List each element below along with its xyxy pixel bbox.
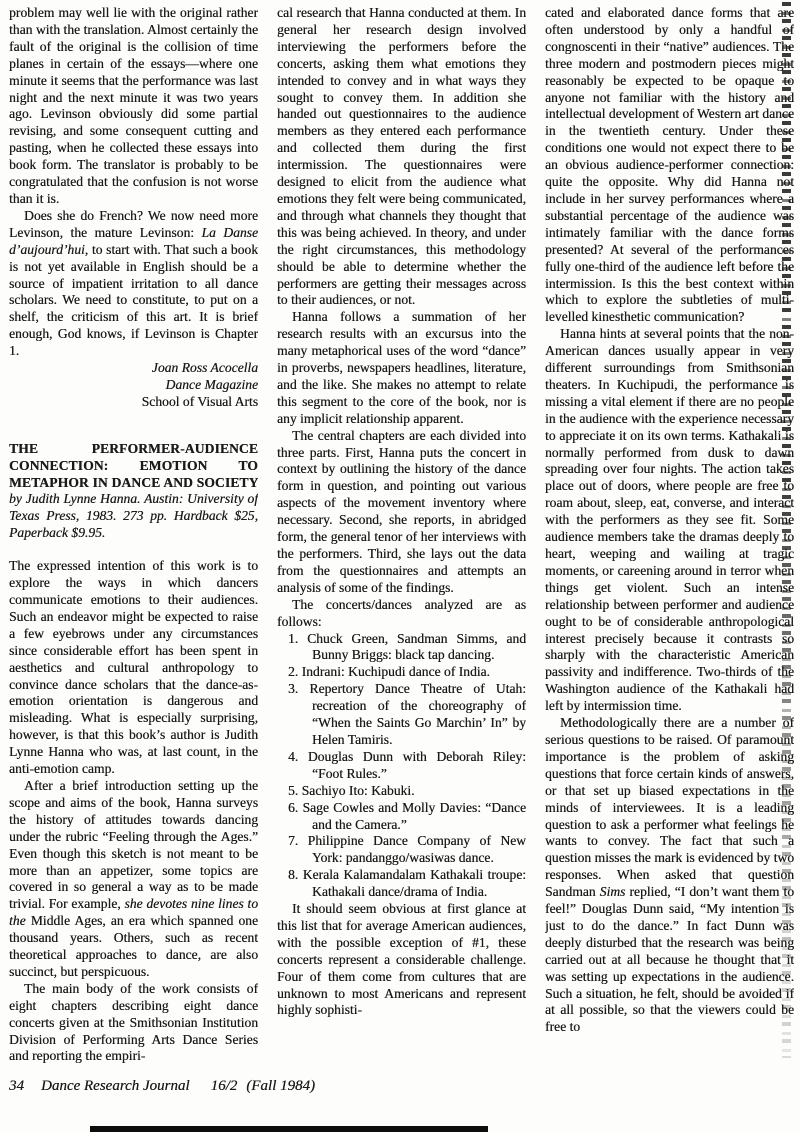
paragraph: The expressed intention of this work is … (9, 558, 258, 778)
list-number: 1. (288, 631, 307, 646)
text-segment: Kerala Kalamandalam Kathakali troupe: Ka… (303, 867, 526, 899)
signature-line: Joan Ross Acocella (9, 360, 258, 377)
page-footer: 34Dance Research Journal16/2(Fall 1984) (9, 1078, 315, 1095)
text-segment: Douglas Dunn with Deborah Riley: “Foot R… (308, 749, 526, 781)
text-segment: Indrani: Kuchipudi dance of India. (302, 664, 490, 679)
text-segment: Chuck Green, Sandman Simms, and Bunny Br… (307, 631, 526, 663)
list-number: 4. (288, 749, 308, 764)
journal-issue: 16/2 (211, 1078, 238, 1094)
book-heading: THE PERFORMER-AUDIENCE CONNECTION: EMOTI… (9, 441, 258, 542)
list-item: 3. Repertory Dance Theatre of Utah: recr… (277, 681, 526, 749)
text-segment: After a brief introduction setting up th… (9, 778, 258, 911)
journal-title: Dance Research Journal (41, 1078, 190, 1094)
list-number: 5. (288, 783, 302, 798)
list-number: 3. (288, 681, 309, 696)
text-segment: The expressed intention of this work is … (9, 558, 258, 776)
list-item: 2. Indrani: Kuchipudi dance of India. (277, 664, 526, 681)
text-segment: Methodologically there are a number of s… (545, 715, 794, 899)
text-segment: The main body of the work consists of ei… (9, 981, 258, 1064)
text-segment: problem may well lie with the original r… (9, 5, 258, 206)
text-segment: replied, “I don’t want them to feel!” Do… (545, 884, 794, 1034)
paragraph: The concerts/dances analyzed are as foll… (277, 597, 526, 631)
list-item: 8. Kerala Kalamandalam Kathakali troupe:… (277, 867, 526, 901)
paragraph: Does she do French? We now need more Lev… (9, 208, 258, 360)
paragraph: problem may well lie with the original r… (9, 5, 258, 208)
journal-page: problem may well lie with the original r… (0, 0, 800, 1132)
text-segment: Sims (600, 884, 626, 899)
text-column-1: problem may well lie with the original r… (9, 5, 258, 1071)
list-item: 7. Philippine Dance Company of New York:… (277, 833, 526, 867)
paragraph: After a brief introduction setting up th… (9, 778, 258, 981)
paragraph: cated and elaborated dance forms that ar… (545, 5, 794, 326)
scan-bottom-artifact (90, 1126, 488, 1132)
text-segment: THE PERFORMER-AUDIENCE CONNECTION: EMOTI… (9, 441, 258, 490)
page-number: 34 (9, 1078, 24, 1094)
paragraph: The central chapters are each divided in… (277, 428, 526, 597)
text-segment: Middle Ages, an era which spanned one th… (9, 913, 258, 979)
paragraph: cal research that Hanna conducted at the… (277, 5, 526, 309)
text-segment: Philippine Dance Company of New York: pa… (308, 833, 526, 865)
paragraph: It should seem obvious at first glance a… (277, 901, 526, 1019)
text-segment: Repertory Dance Theatre of Utah: recreat… (309, 681, 526, 747)
list-item: 6. Sage Cowles and Molly Davies: “Dance … (277, 800, 526, 834)
text-segment: by Judith Lynne Hanna. Austin: Universit… (9, 491, 258, 540)
list-item: 5. Sachiyo Ito: Kabuki. (277, 783, 526, 800)
signature-line: School of Visual Arts (9, 394, 258, 411)
text-segment: The concerts/dances analyzed are as foll… (277, 597, 526, 629)
list-item: 4. Douglas Dunn with Deborah Riley: “Foo… (277, 749, 526, 783)
paragraph: Hanna follows a summation of her researc… (277, 309, 526, 427)
journal-season: (Fall 1984) (246, 1078, 315, 1094)
concert-list: 1. Chuck Green, Sandman Simms, and Bunny… (277, 631, 526, 902)
review-signature: Joan Ross AcocellaDance MagazineSchool o… (9, 360, 258, 411)
list-number: 2. (288, 664, 302, 679)
text-segment: The central chapters are each divided in… (277, 428, 526, 595)
scan-edge-artifact (782, 2, 791, 1058)
three-column-text: problem may well lie with the original r… (9, 5, 794, 1071)
text-segment: cated and elaborated dance forms that ar… (545, 5, 794, 324)
list-number: 6. (288, 800, 302, 815)
text-segment: Hanna follows a summation of her researc… (277, 309, 526, 425)
text-column-3: cated and elaborated dance forms that ar… (545, 5, 794, 1071)
text-segment: Sachiyo Ito: Kabuki. (302, 783, 415, 798)
list-number: 8. (288, 867, 303, 882)
signature-line: Dance Magazine (9, 377, 258, 394)
paragraph: Methodologically there are a number of s… (545, 715, 794, 1036)
text-segment: cal research that Hanna conducted at the… (277, 5, 526, 307)
list-number: 7. (288, 833, 308, 848)
text-segment: Hanna hints at several points that the n… (545, 326, 794, 713)
text-segment: , to start with. That such a book is not… (9, 242, 258, 358)
text-column-2: cal research that Hanna conducted at the… (277, 5, 526, 1071)
paragraph: The main body of the work consists of ei… (9, 981, 258, 1066)
list-item: 1. Chuck Green, Sandman Simms, and Bunny… (277, 631, 526, 665)
paragraph: Hanna hints at several points that the n… (545, 326, 794, 715)
text-segment: Sage Cowles and Molly Davies: “Dance and… (302, 800, 526, 832)
text-segment: It should seem obvious at first glance a… (277, 901, 526, 1017)
